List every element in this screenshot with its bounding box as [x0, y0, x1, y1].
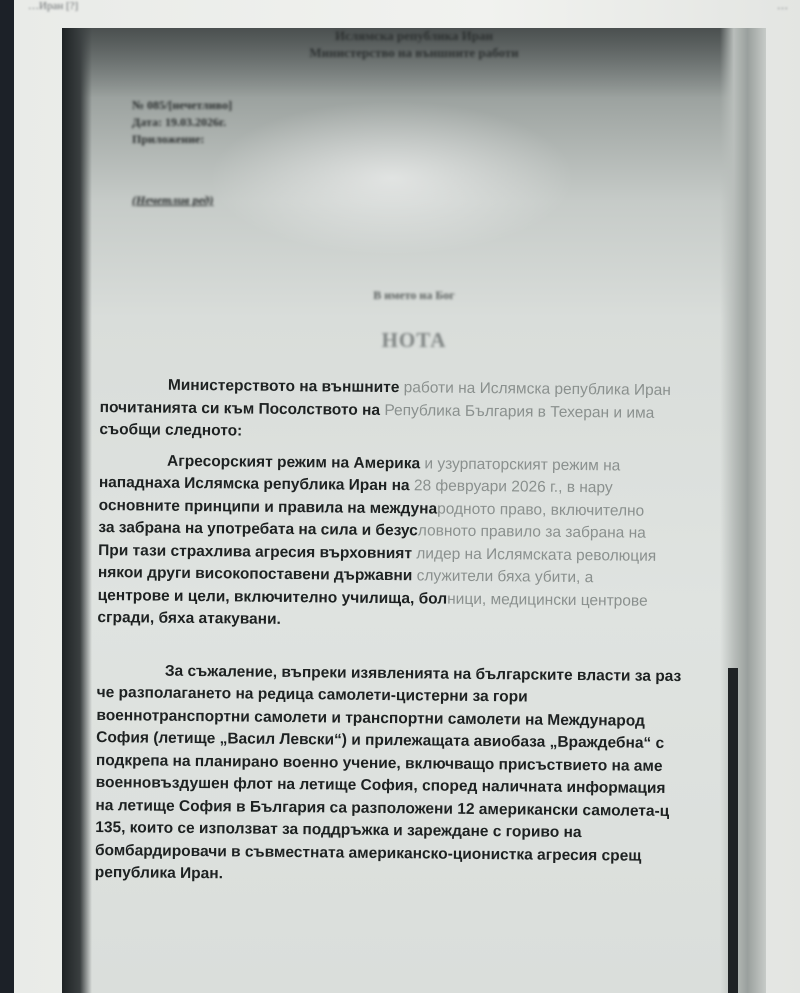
paragraph-intro: Министерството на външните работи на Исл… [99, 374, 760, 448]
note-body: Министерството на външните работи на Исл… [95, 374, 760, 891]
header-country: Ислямска република Иран [62, 28, 766, 44]
paragraph-bulgaria-airbase: За съжаление, въпреки изявленията на бъл… [95, 659, 757, 891]
document-attachments: Приложение: [132, 132, 204, 147]
invocation: В името на Бог [62, 288, 766, 303]
paragraph-aggression: Агресорският режим на Америка и узурпато… [97, 449, 759, 636]
document-number: № 085/[нечетливо] [132, 98, 232, 113]
outer-corner-text-left: …Иран [?] [28, 0, 78, 12]
photocopied-note-document: Ислямска република Иран Министерство на … [62, 28, 766, 993]
document-date: Дата: 19.03.2026г. [132, 115, 226, 130]
header-ministry: Министерство на външните работи [62, 45, 766, 61]
document-title: НОТА [62, 328, 766, 353]
addressee-line: (Нечетлив ред) [132, 193, 213, 208]
outer-corner-text-right: … [777, 0, 788, 12]
